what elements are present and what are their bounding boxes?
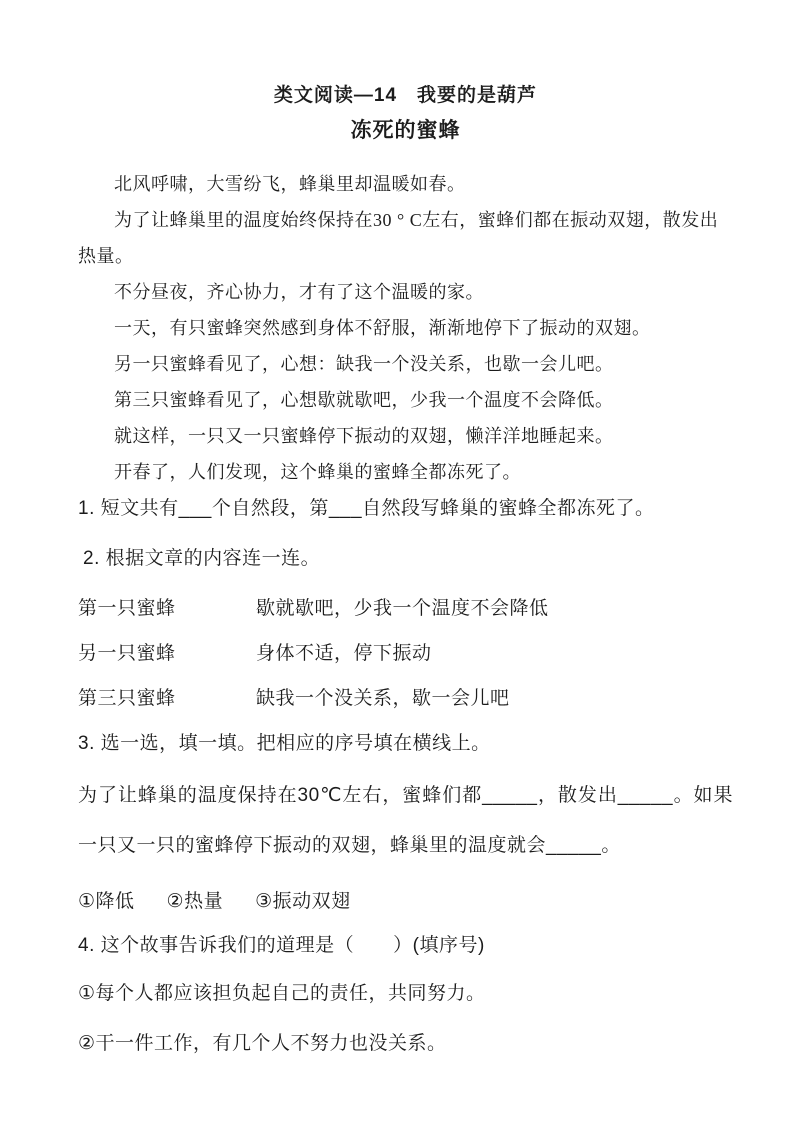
story-paragraph: 第三只蜜蜂看见了，心想歇就歇吧，少我一个温度不会降低。 [78, 382, 733, 418]
matching-exercise: 第一只蜜蜂 歇就歇吧，少我一个温度不会降低 另一只蜜蜂 身体不适，停下振动 第三… [78, 596, 733, 712]
question-1: 1. 短文共有___个自然段，第___自然段写蜂巢的蜜蜂全都冻死了。 [78, 496, 733, 522]
story-title: 冻死的蜜蜂 [78, 118, 733, 144]
match-left-label: 第三只蜜蜂 [78, 686, 256, 712]
story-text: 北风呼啸，大雪纷飞，蜂巢里却温暖如春。 为了让蜂巢里的温度始终保持在30 ° C… [78, 166, 733, 490]
story-paragraph: 一天，有只蜜蜂突然感到身体不舒服，渐渐地停下了振动的双翅。 [78, 310, 733, 346]
match-right-label: 缺我一个没关系，歇一会儿吧 [256, 686, 733, 712]
lesson-title: 类文阅读—14 我要的是葫芦 [78, 84, 733, 108]
option-3: ③振动双翅 [255, 889, 351, 915]
worksheet-page: 类文阅读—14 我要的是葫芦 冻死的蜜蜂 北风呼啸，大雪纷飞，蜂巢里却温暖如春。… [0, 0, 793, 1122]
story-paragraph: 开春了，人们发现，这个蜂巢的蜜蜂全都冻死了。 [78, 454, 733, 490]
question-4: 4. 这个故事告诉我们的道理是（ ）(填序号) [78, 933, 733, 959]
questions-section: 1. 短文共有___个自然段，第___自然段写蜂巢的蜜蜂全都冻死了。 2. 根据… [78, 496, 733, 1057]
match-left-label: 第一只蜜蜂 [78, 596, 256, 622]
match-row-2: 另一只蜜蜂 身体不适，停下振动 [78, 641, 733, 667]
match-row-1: 第一只蜜蜂 歇就歇吧，少我一个温度不会降低 [78, 596, 733, 622]
question-4-option-2: ②干一件工作，有几个人不努力也没关系。 [78, 1031, 733, 1057]
story-paragraph: 另一只蜜蜂看见了，心想：缺我一个没关系，也歇一会儿吧。 [78, 346, 733, 382]
match-row-3: 第三只蜜蜂 缺我一个没关系，歇一会儿吧 [78, 686, 733, 712]
question-4-option-1: ①每个人都应该担负起自己的责任，共同努力。 [78, 981, 733, 1007]
question-3: 3. 选一选，填一填。把相应的序号填在横线上。 [78, 731, 733, 757]
option-2: ②热量 [167, 889, 224, 915]
match-left-label: 另一只蜜蜂 [78, 641, 256, 667]
story-paragraph: 不分昼夜，齐心协力，才有了这个温暖的家。 [78, 274, 733, 310]
match-right-label: 身体不适，停下振动 [256, 641, 733, 667]
match-right-label: 歇就歇吧，少我一个温度不会降低 [256, 596, 733, 622]
question-2: 2. 根据文章的内容连一连。 [78, 546, 733, 572]
option-1: ①降低 [78, 889, 135, 915]
question-3-options: ①降低 ②热量 ③振动双翅 [78, 889, 733, 915]
story-paragraph: 为了让蜂巢里的温度始终保持在30 ° C左右，蜜蜂们都在振动双翅，散发出热量。 [78, 202, 733, 274]
question-3-fill-text: 为了让蜂巢的温度保持在30℃左右，蜜蜂们都_____，散发出_____。如果一只… [78, 771, 733, 871]
story-paragraph: 就这样，一只又一只蜜蜂停下振动的双翅，懒洋洋地睡起来。 [78, 418, 733, 454]
story-paragraph: 北风呼啸，大雪纷飞，蜂巢里却温暖如春。 [78, 166, 733, 202]
